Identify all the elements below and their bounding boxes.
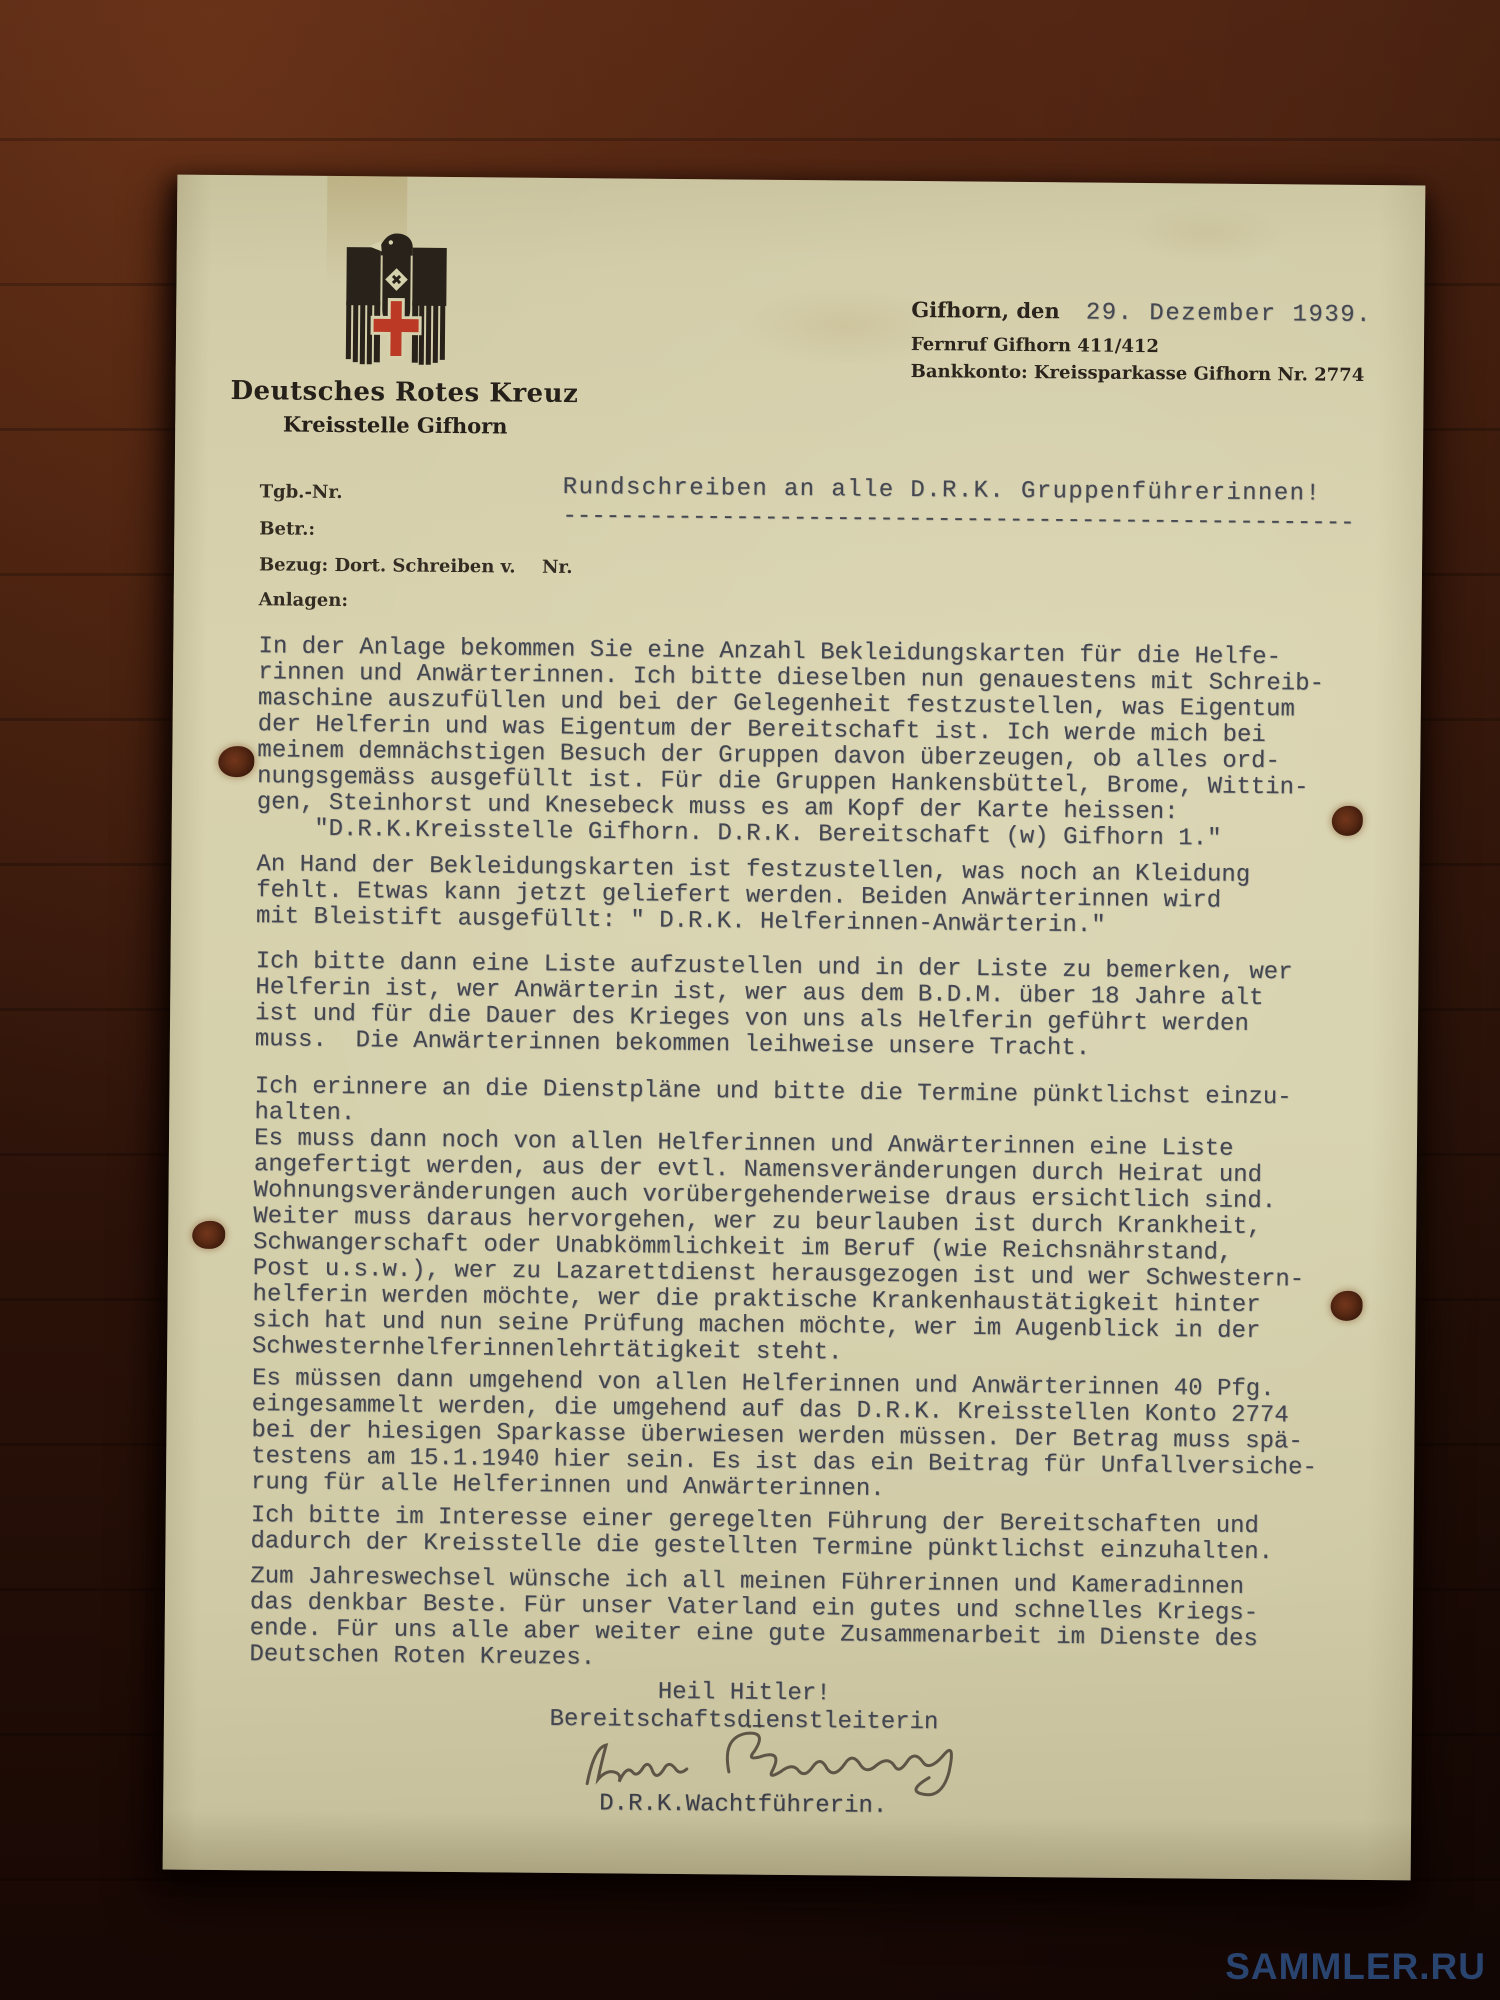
bank-line: Bankkonto: Kreissparkasse Gifhorn Nr. 27… [911,361,1372,386]
paragraph-5: Es müssen dann umgehend von allen Helfer… [251,1366,1352,1508]
paragraph-1: In der Anlage bekommen Sie eine Anzahl B… [256,634,1358,854]
eagle-eye [389,240,393,244]
signer-title: D.R.K.Wachtführerin. [493,1789,993,1820]
subject-block: Rundschreiben an alle D.R.K. Gruppenführ… [562,474,1355,537]
punch-hole [1330,1291,1362,1321]
paragraph-7: Zum Jahreswechsel wünsche ich all meinen… [249,1564,1350,1680]
punch-hole [1332,806,1363,836]
drk-eagle-logo [344,231,449,370]
ref-field-betr: Betr.: [259,518,315,539]
ref-field-bezug-nr: Nr. [542,557,573,578]
org-name: Deutsches Rotes Kreuz [230,376,560,409]
ref-field-tgb-nr: Tgb.-Nr. [260,481,343,503]
subject-underline: ----------------------------------------… [562,503,1354,537]
punch-hole [192,1221,225,1249]
punch-hole [218,746,254,777]
letterhead: Deutsches Rotes Kreuz Kreisstelle Gifhor… [230,230,562,439]
phone-line: Fernruf Gifhorn 411/412 [911,334,1372,359]
closing-salute: Heil Hitler! [494,1677,994,1709]
paragraph-4: Ich erinnere an die Dienstpläne und bitt… [252,1074,1355,1372]
paragraph-2: An Hand der Bekleidungskarten ist festzu… [256,852,1357,942]
paragraph-3: Ich bitte dann eine Liste aufzustellen u… [255,949,1356,1065]
office-name: Kreisstelle Gifhorn [230,411,560,439]
paragraph-6: Ich bitte im Interesse einer geregelten … [250,1503,1350,1567]
photo-of-letter: { "letterhead": { "logo_alt": "DRK eagle… [0,0,1500,2000]
date-value: 29. Dezember 1939. [1086,300,1372,329]
paper-stain [1127,203,1288,264]
place-date-label: Gifhorn, den [911,297,1060,323]
ref-field-anlagen: Anlagen: [259,589,349,611]
ref-field-bezug: Bezug: Dort. Schreiben v. Nr. [259,554,516,577]
subject-line: Rundschreiben an alle D.R.K. Gruppenführ… [563,474,1355,508]
date-contact-block: Gifhorn, den29. Dezember 1939. Fernruf G… [911,297,1372,386]
ref-field-bezug-label: Bezug: Dort. Schreiben v. [259,554,516,577]
letter-sheet: Deutsches Rotes Kreuz Kreisstelle Gifhor… [163,175,1426,1881]
watermark: SAMMLER.RU [1225,1946,1486,1988]
handwritten-signature [563,1718,1034,1802]
